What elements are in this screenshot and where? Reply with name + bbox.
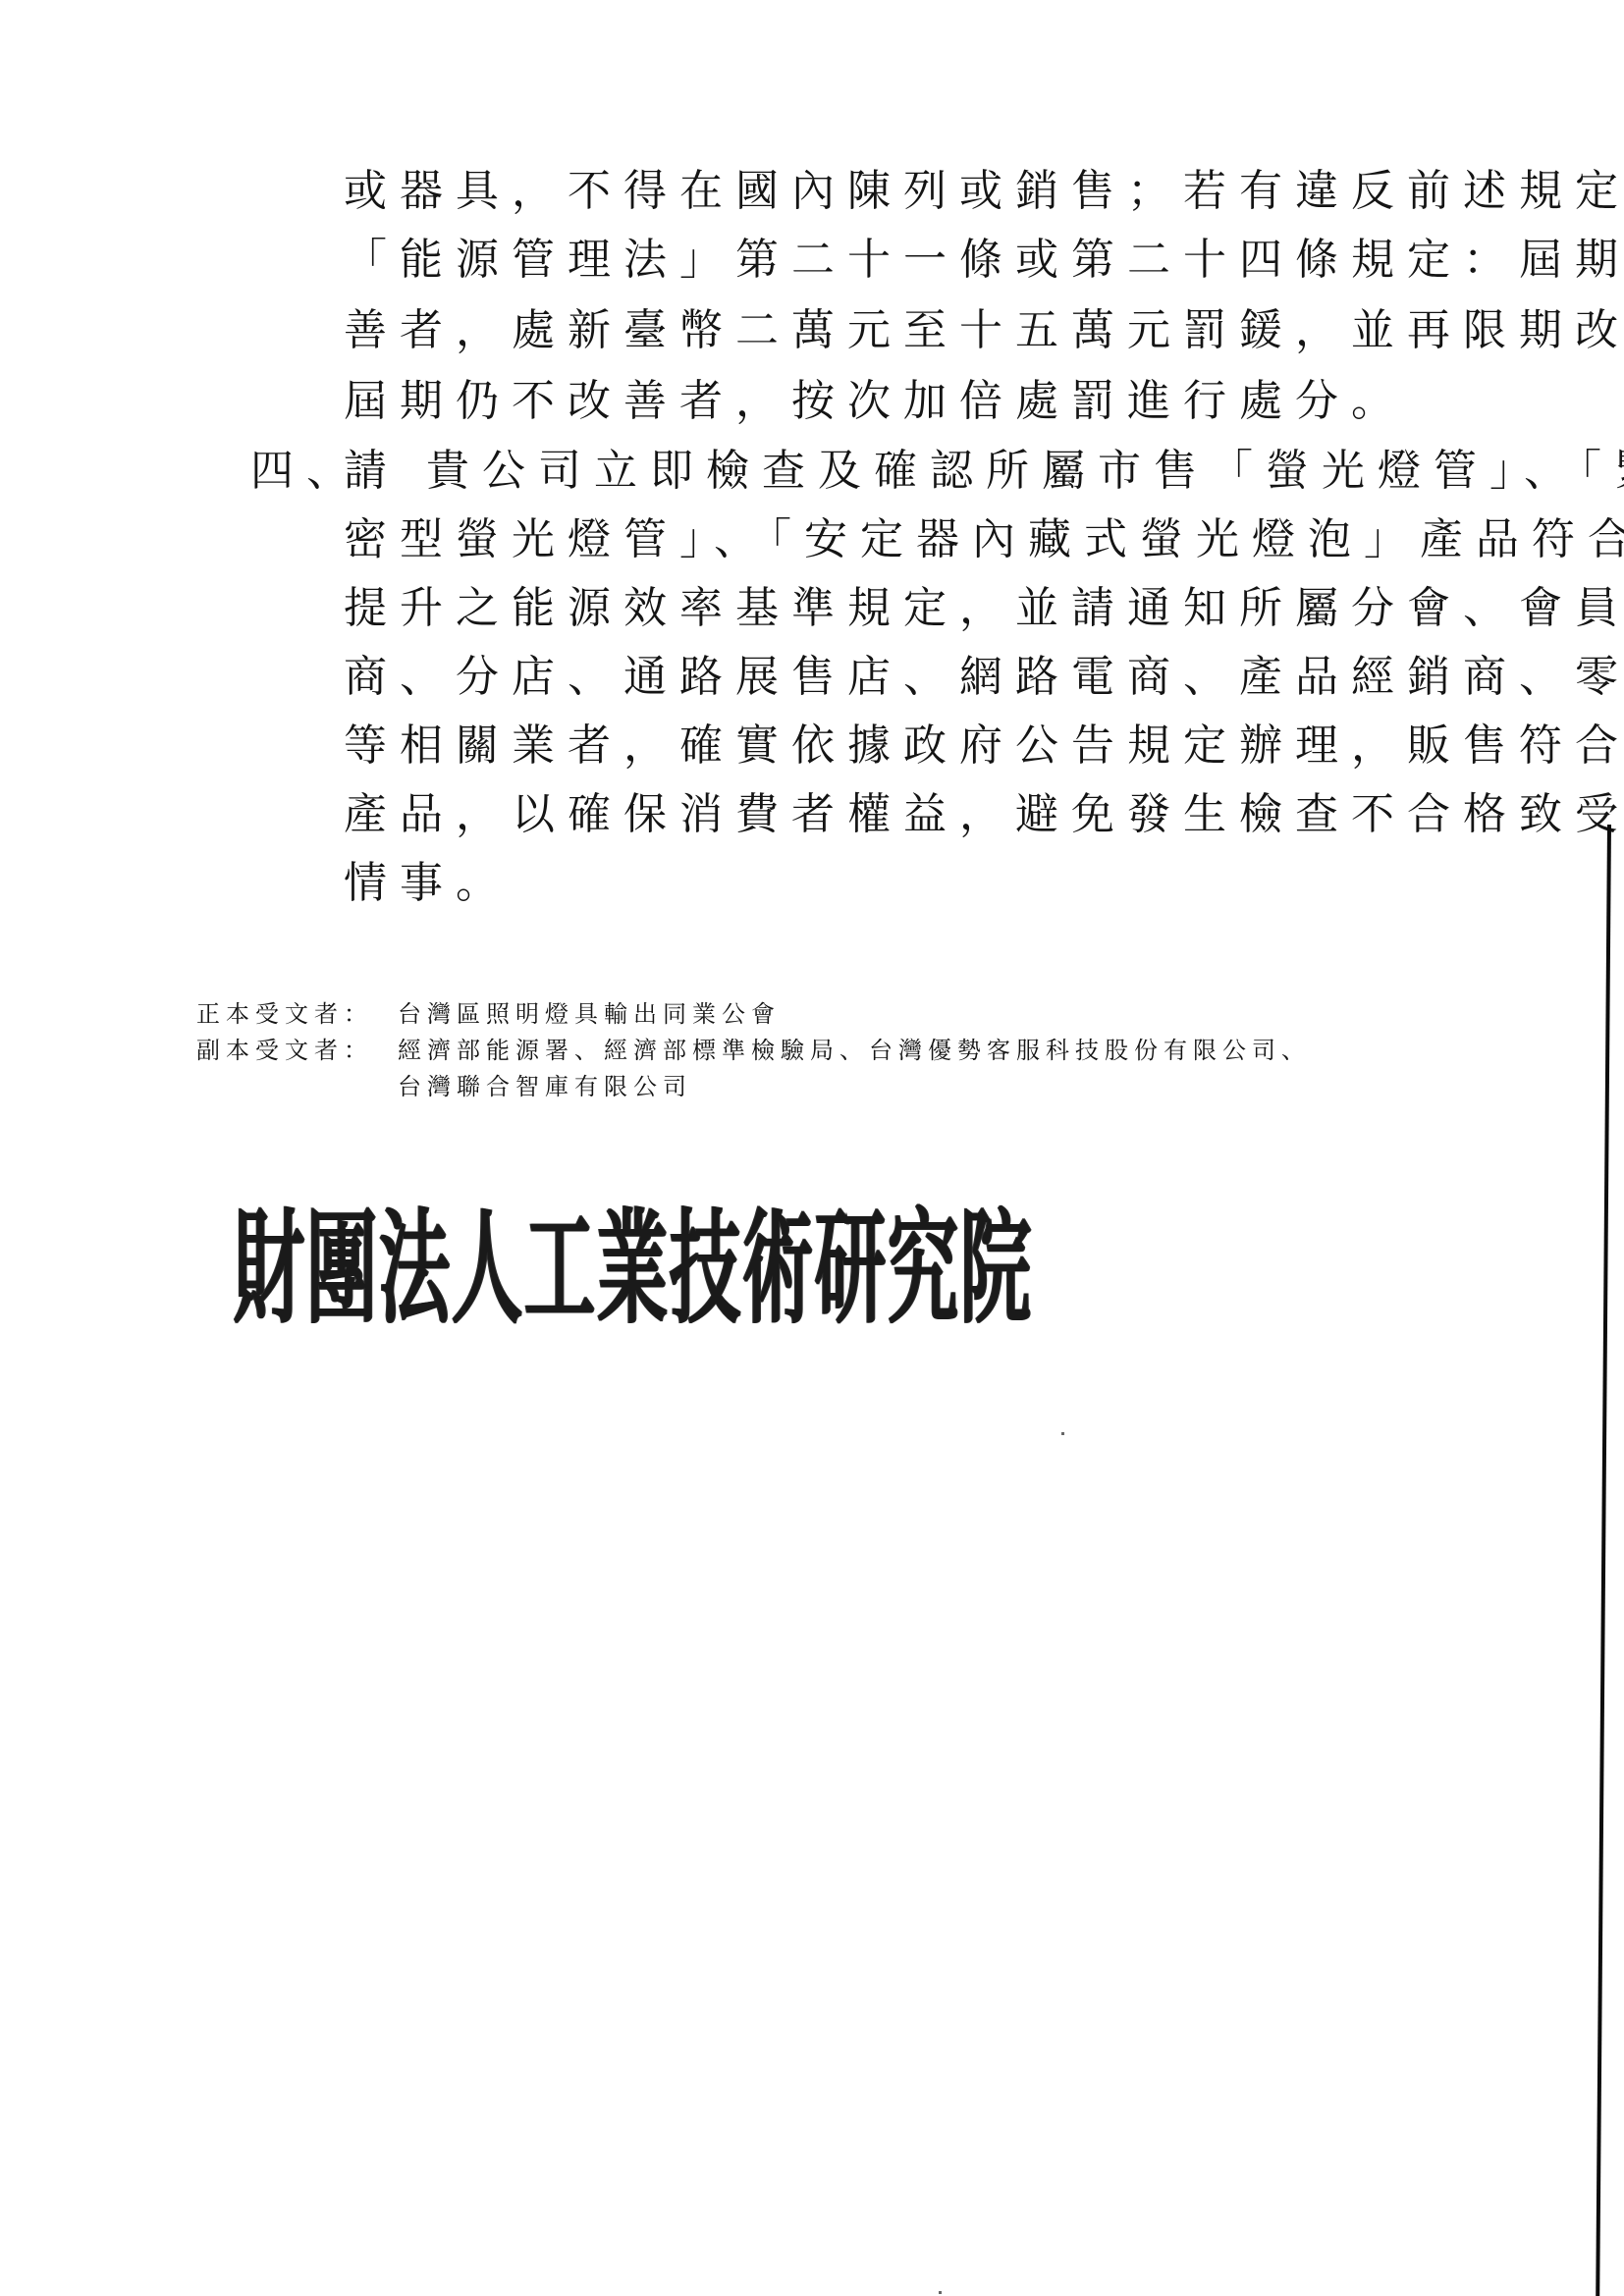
paragraph-line: 屆期仍不改善者，按次加倍處罰進行處分。 — [344, 373, 1407, 430]
copy-recipient-value-continued: 台灣聯合智庫有限公司 — [398, 1070, 692, 1103]
issuer-organization-stamp: 財團法人工業技術研究院 — [234, 1148, 970, 1389]
paragraph-line: 「能源管理法」第二十一條或第二十四條規定：屆期不改 — [344, 232, 1624, 289]
paragraph-line: 商、分店、通路展售店、網路電商、產品經銷商、零售商 — [344, 649, 1624, 706]
document-page: 或器具，不得在國內陳列或銷售；若有違反前述規定，依 「能源管理法」第二十一條或第… — [0, 0, 1624, 2296]
paragraph-line: 密型螢光燈管」、「安定器內藏式螢光燈泡」產品符合已 — [344, 511, 1624, 568]
paragraph-line: 提升之能源效率基準規定，並請通知所屬分會、會員廠 — [344, 580, 1624, 637]
copy-recipient-value: 經濟部能源署、經濟部標準檢驗局、台灣優勢客服科技股份有限公司、 — [398, 1034, 1311, 1067]
paragraph-line: 產品，以確保消費者權益，避免發生檢查不合格致受處份 — [344, 786, 1624, 843]
scan-edge-line — [1596, 825, 1611, 2296]
paragraph-line: 等相關業者，確實依據政府公告規定辦理，販售符合規範 — [344, 718, 1624, 774]
scan-speck — [1061, 1432, 1064, 1435]
primary-recipient-value: 台灣區照明燈具輸出同業公會 — [398, 997, 781, 1031]
paragraph-line: 善者，處新臺幣二萬元至十五萬元罰鍰，並再限期改善； — [344, 302, 1624, 359]
paragraph-line: 情事。 — [344, 855, 512, 912]
copy-recipient-label: 副本受文者： — [196, 1034, 373, 1067]
paragraph-line: 請 貴公司立即檢查及確認所屬市售「螢光燈管」、「緊 — [344, 443, 1624, 500]
primary-recipient-label: 正本受文者： — [196, 997, 373, 1031]
paragraph-line: 或器具，不得在國內陳列或銷售；若有違反前述規定，依 — [344, 163, 1624, 220]
scan-speck — [939, 2291, 942, 2294]
